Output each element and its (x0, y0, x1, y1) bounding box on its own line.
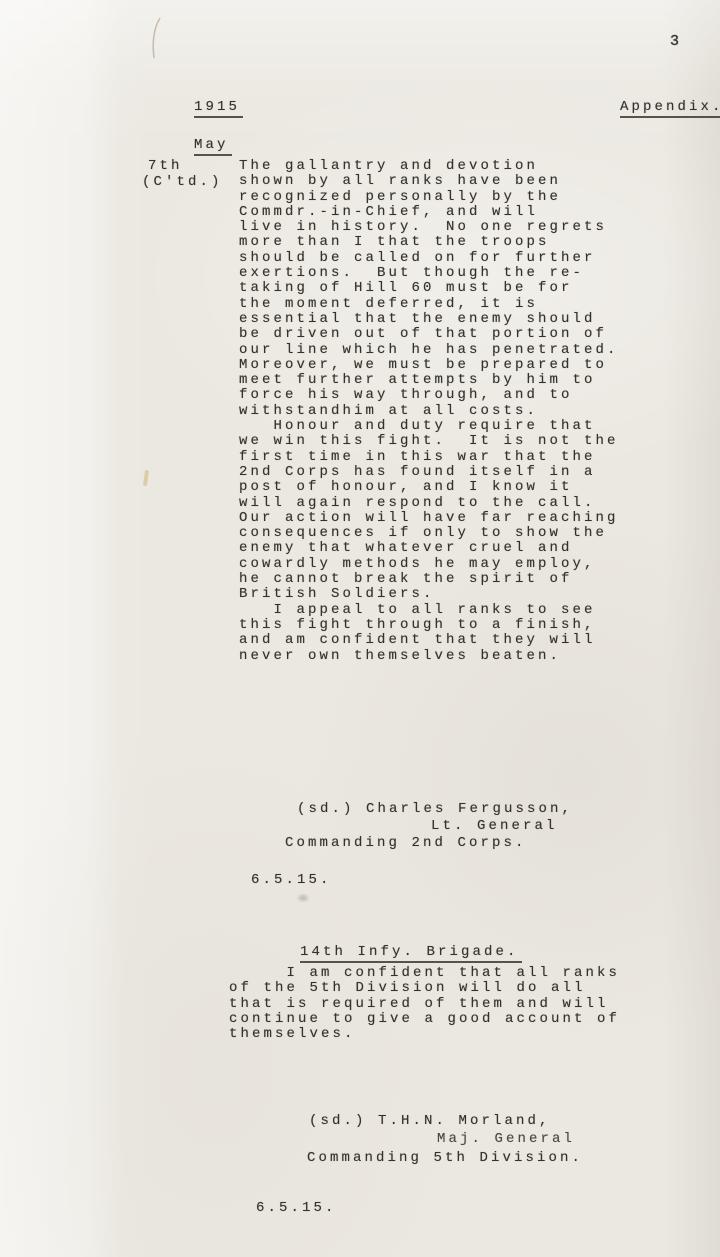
text-line: first time in this war that the (239, 450, 619, 465)
text-line: 2nd Corps has found itself in a (239, 465, 619, 480)
section2-body: I am confident that all ranksof the 5th … (229, 966, 620, 1042)
page-number: 3 (670, 33, 679, 50)
text-line: force his way through, and to (239, 388, 619, 403)
signature2-command: Commanding 5th Division. (307, 1150, 583, 1166)
section-heading: 14th Infy. Brigade. (300, 944, 522, 963)
text-line: Our action will have far reaching (239, 511, 619, 526)
document-page: 3 1915 Appendix. May 7th (C'td.) The gal… (0, 0, 720, 1257)
text-line: shown by all ranks have been (239, 174, 619, 189)
yellow-smudge (143, 470, 149, 486)
text-line: our line which he has penetrated. (239, 343, 619, 358)
text-line: Moreover, we must be prepared to (239, 358, 619, 373)
text-line: Commdr.-in-Chief, and will (239, 205, 619, 220)
text-line: more than I that the troops (239, 235, 619, 250)
pen-stroke-mark (146, 16, 166, 60)
text-line: should be called on for further (239, 251, 619, 266)
date-stamp: 6.5.15. (251, 872, 332, 888)
text-line: be driven out of that portion of (239, 327, 619, 342)
text-line: I am confident that all ranks (229, 966, 620, 981)
text-line: I appeal to all ranks to see (239, 603, 619, 618)
text-line: recognized personally by the (239, 190, 619, 205)
text-line: never own themselves beaten. (239, 649, 619, 664)
text-line: withstandhim at all costs. (239, 404, 619, 419)
text-line: of the 5th Division will do all (229, 981, 620, 996)
year-label: 1915 (194, 99, 243, 118)
letter-body: The gallantry and devotionshown by all r… (239, 159, 619, 664)
margin-note-day: 7th (148, 158, 183, 174)
signature-command: Commanding 2nd Corps. (285, 835, 527, 851)
ink-smudge (296, 893, 310, 903)
text-line: this fight through to a finish, (239, 618, 619, 633)
signature2-rank: Maj. General (437, 1131, 575, 1147)
text-line: we win this fight. It is not the (239, 434, 619, 449)
text-line: the moment deferred, it is (239, 297, 619, 312)
appendix-label: Appendix. (620, 99, 720, 118)
signature-rank: Lt. General (431, 818, 558, 834)
text-line: post of honour, and I know it (239, 480, 619, 495)
text-line: essential that the enemy should (239, 312, 619, 327)
signature2-signed: (sd.) T.H.N. Morland, (309, 1113, 551, 1129)
text-line: The gallantry and devotion (239, 159, 619, 174)
signature-signed: (sd.) Charles Fergusson, (297, 801, 573, 817)
text-line: enemy that whatever cruel and (239, 541, 619, 556)
text-line: continue to give a good account of (229, 1012, 620, 1027)
text-line: will again respond to the call. (239, 496, 619, 511)
margin-note-continued: (C'td.) (142, 174, 223, 190)
text-line: that is required of them and will (229, 997, 620, 1012)
text-line: cowardly methods he may employ, (239, 557, 619, 572)
text-line: British Soldiers. (239, 587, 619, 602)
month-label: May (194, 137, 232, 156)
header-appendix: Appendix. (574, 83, 720, 134)
text-line: and am confident that they will (239, 633, 619, 648)
text-line: taking of Hill 60 must be for (239, 281, 619, 296)
date-stamp-2: 6.5.15. (256, 1200, 337, 1216)
text-line: themselves. (229, 1027, 620, 1042)
